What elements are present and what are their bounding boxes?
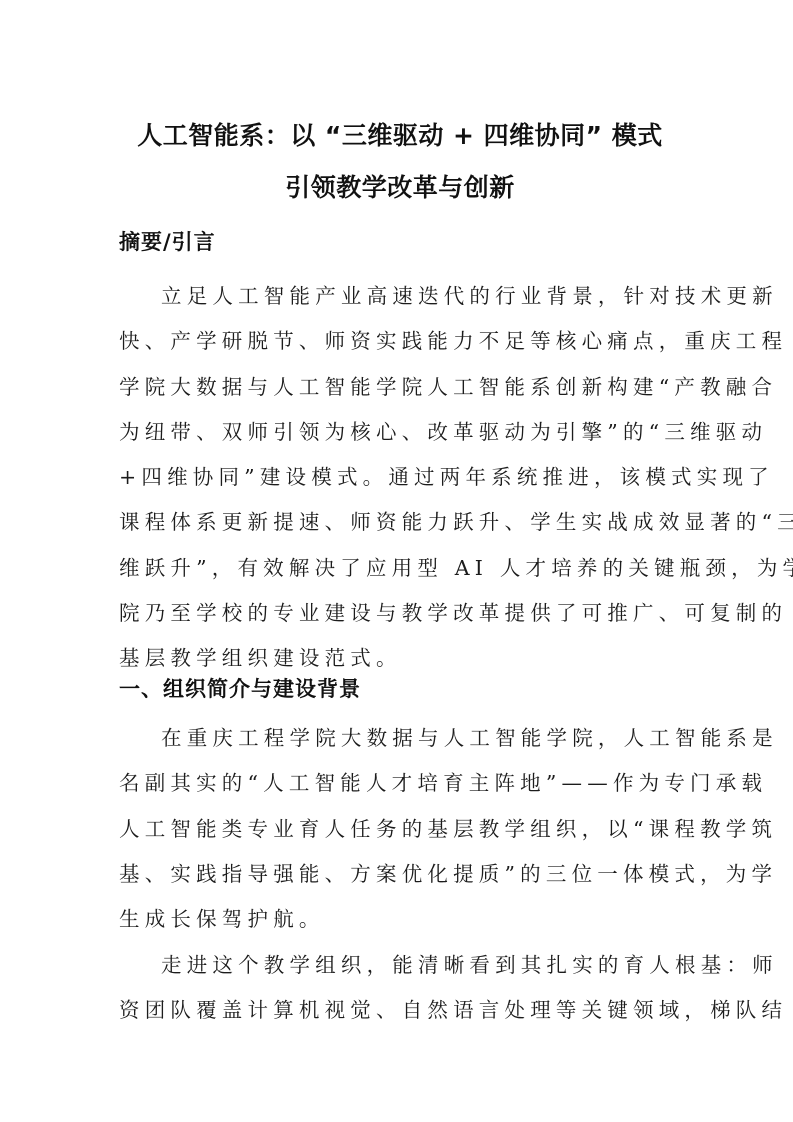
paragraph-line: 在重庆工程学院大数据与人工智能学院，人工智能系是 <box>119 716 681 761</box>
document-title-line-1: 人工智能系：以 “三维驱动 + 四维协同” 模式 <box>119 116 681 152</box>
section-heading-abstract: 摘要/引言 <box>119 226 216 256</box>
paragraph-line: 人工智能类专业育人任务的基层教学组织，以“课程教学筑 <box>119 807 681 852</box>
paragraph-line: 资团队覆盖计算机视觉、自然语言处理等关键领域，梯队结 <box>119 988 681 1033</box>
paragraph-line: 基、实践指导强能、方案优化提质”的三位一体模式，为学 <box>119 852 681 897</box>
paragraph-teaching-foundation: 走进这个教学组织，能清晰看到其扎实的育人根基：师 资团队覆盖计算机视觉、自然语言… <box>119 943 681 1034</box>
paragraph-line: 学院大数据与人工智能学院人工智能系创新构建“产教融合 <box>119 365 681 410</box>
section-heading-organization-intro: 一、组织简介与建设背景 <box>119 673 361 703</box>
paragraph-line: 立足人工智能产业高速迭代的行业背景，针对技术更新 <box>119 274 681 319</box>
document-title-line-2: 引领教学改革与创新 <box>119 168 681 204</box>
paragraph-line: 生成长保驾护航。 <box>119 897 681 942</box>
paragraph-line: 为纽带、双师引领为核心、改革驱动为引擎”的“三维驱动 <box>119 410 681 455</box>
paragraph-line: 维跃升”，有效解决了应用型 AI 人才培养的关键瓶颈，为学 <box>119 546 681 591</box>
paragraph-organization-intro: 在重庆工程学院大数据与人工智能学院，人工智能系是 名副其实的“人工智能人才培育主… <box>119 716 681 942</box>
paragraph-line: 名副其实的“人工智能人才培育主阵地”——作为专门承载 <box>119 761 681 806</box>
paragraph-abstract: 立足人工智能产业高速迭代的行业背景，针对技术更新 快、产学研脱节、师资实践能力不… <box>119 274 681 682</box>
paragraph-line: +四维协同”建设模式。通过两年系统推进，该模式实现了 <box>119 455 681 500</box>
paragraph-line: 走进这个教学组织，能清晰看到其扎实的育人根基：师 <box>119 943 681 988</box>
paragraph-line: 快、产学研脱节、师资实践能力不足等核心痛点，重庆工程 <box>119 319 681 364</box>
paragraph-line: 课程体系更新提速、师资能力跃升、学生实战成效显著的“三 <box>119 500 681 545</box>
paragraph-line: 院乃至学校的专业建设与教学改革提供了可推广、可复制的 <box>119 591 681 636</box>
